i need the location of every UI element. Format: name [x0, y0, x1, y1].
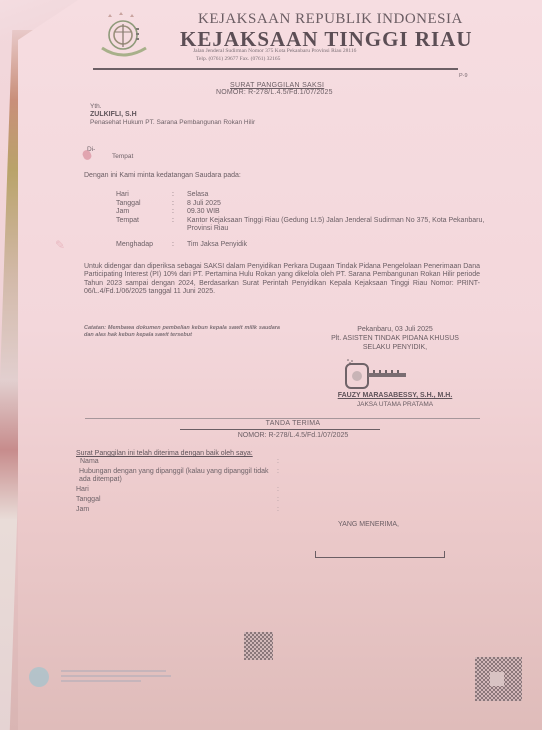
section-divider	[85, 418, 480, 419]
receipt-statement: Surat Panggilan ini telah diterima denga…	[76, 450, 253, 457]
qr-code-center	[244, 632, 273, 660]
ink-smudge: ✎	[55, 238, 77, 254]
receipt-number: NOMOR: R-278/L.4.5/Fd.1/07/2025	[0, 432, 542, 439]
office-contact: Telp. (0761) 29677 Fax. (0761) 32165	[196, 56, 280, 62]
signer-name: FAUZY MARASABESSY, S.H., M.H.	[290, 392, 500, 399]
sign-role: SELAKU PENYIDIK,	[290, 344, 500, 351]
receipt-field-hari: Hari	[76, 486, 89, 493]
letter-number: NOMOR: R-278/L.4.5/Fd.1/07/2025	[216, 89, 333, 96]
qr-logo	[490, 672, 504, 686]
note-text: Catatan: Membawa dokumen pembelian kebun…	[84, 325, 280, 338]
sign-position: Plt. ASISTEN TINDAK PIDANA KHUSUS	[290, 335, 500, 342]
recipient-position: Penasehat Hukum PT. Sarana Pembangunan R…	[90, 119, 280, 127]
receiver-label: YANG MENERIMA,	[338, 521, 399, 528]
institution-name: KEJAKSAAN REPUBLIK INDONESIA	[198, 11, 463, 28]
receipt-title: TANDA TERIMA	[0, 420, 542, 427]
recipient-place: Tempat	[112, 153, 133, 160]
kejaksaan-emblem-icon	[96, 8, 152, 60]
receipt-field-tanggal: Tanggal	[76, 496, 101, 503]
footer-logo-icon	[29, 667, 49, 687]
body-paragraph: Untuk didengar dan diperiksa sebagai SAK…	[84, 263, 480, 296]
sign-place-date: Pekanbaru, 03 Juli 2025	[290, 326, 500, 333]
letterhead-rule	[93, 68, 458, 70]
letter-title: SURAT PANGGILAN SAKSI	[230, 82, 324, 89]
recipient-name: ZULKIFLI, S.H	[90, 111, 137, 118]
signer-rank: JAKSA UTAMA PRATAMA	[290, 401, 500, 408]
form-code: P-9	[459, 73, 468, 79]
receipt-field-nama: Nama	[80, 458, 99, 465]
receipt-field-jam: Jam	[76, 506, 89, 513]
office-address: Jalan Jenderal Sudirman Nomor 375 Kota P…	[193, 48, 356, 54]
footer-text	[61, 670, 166, 672]
digital-signature-stamp-icon	[345, 358, 415, 390]
footer-text	[61, 680, 141, 682]
receiver-signature-line	[315, 551, 445, 558]
footer-text	[61, 675, 171, 677]
intro-text: Dengan ini Kami minta kedatangan Saudara…	[84, 172, 241, 180]
receipt-field-hubungan: Hubungan dengan yang dipanggil (kalau ya…	[79, 468, 274, 484]
receipt-title-rule	[180, 429, 380, 430]
salutation: Yth.	[90, 103, 102, 110]
